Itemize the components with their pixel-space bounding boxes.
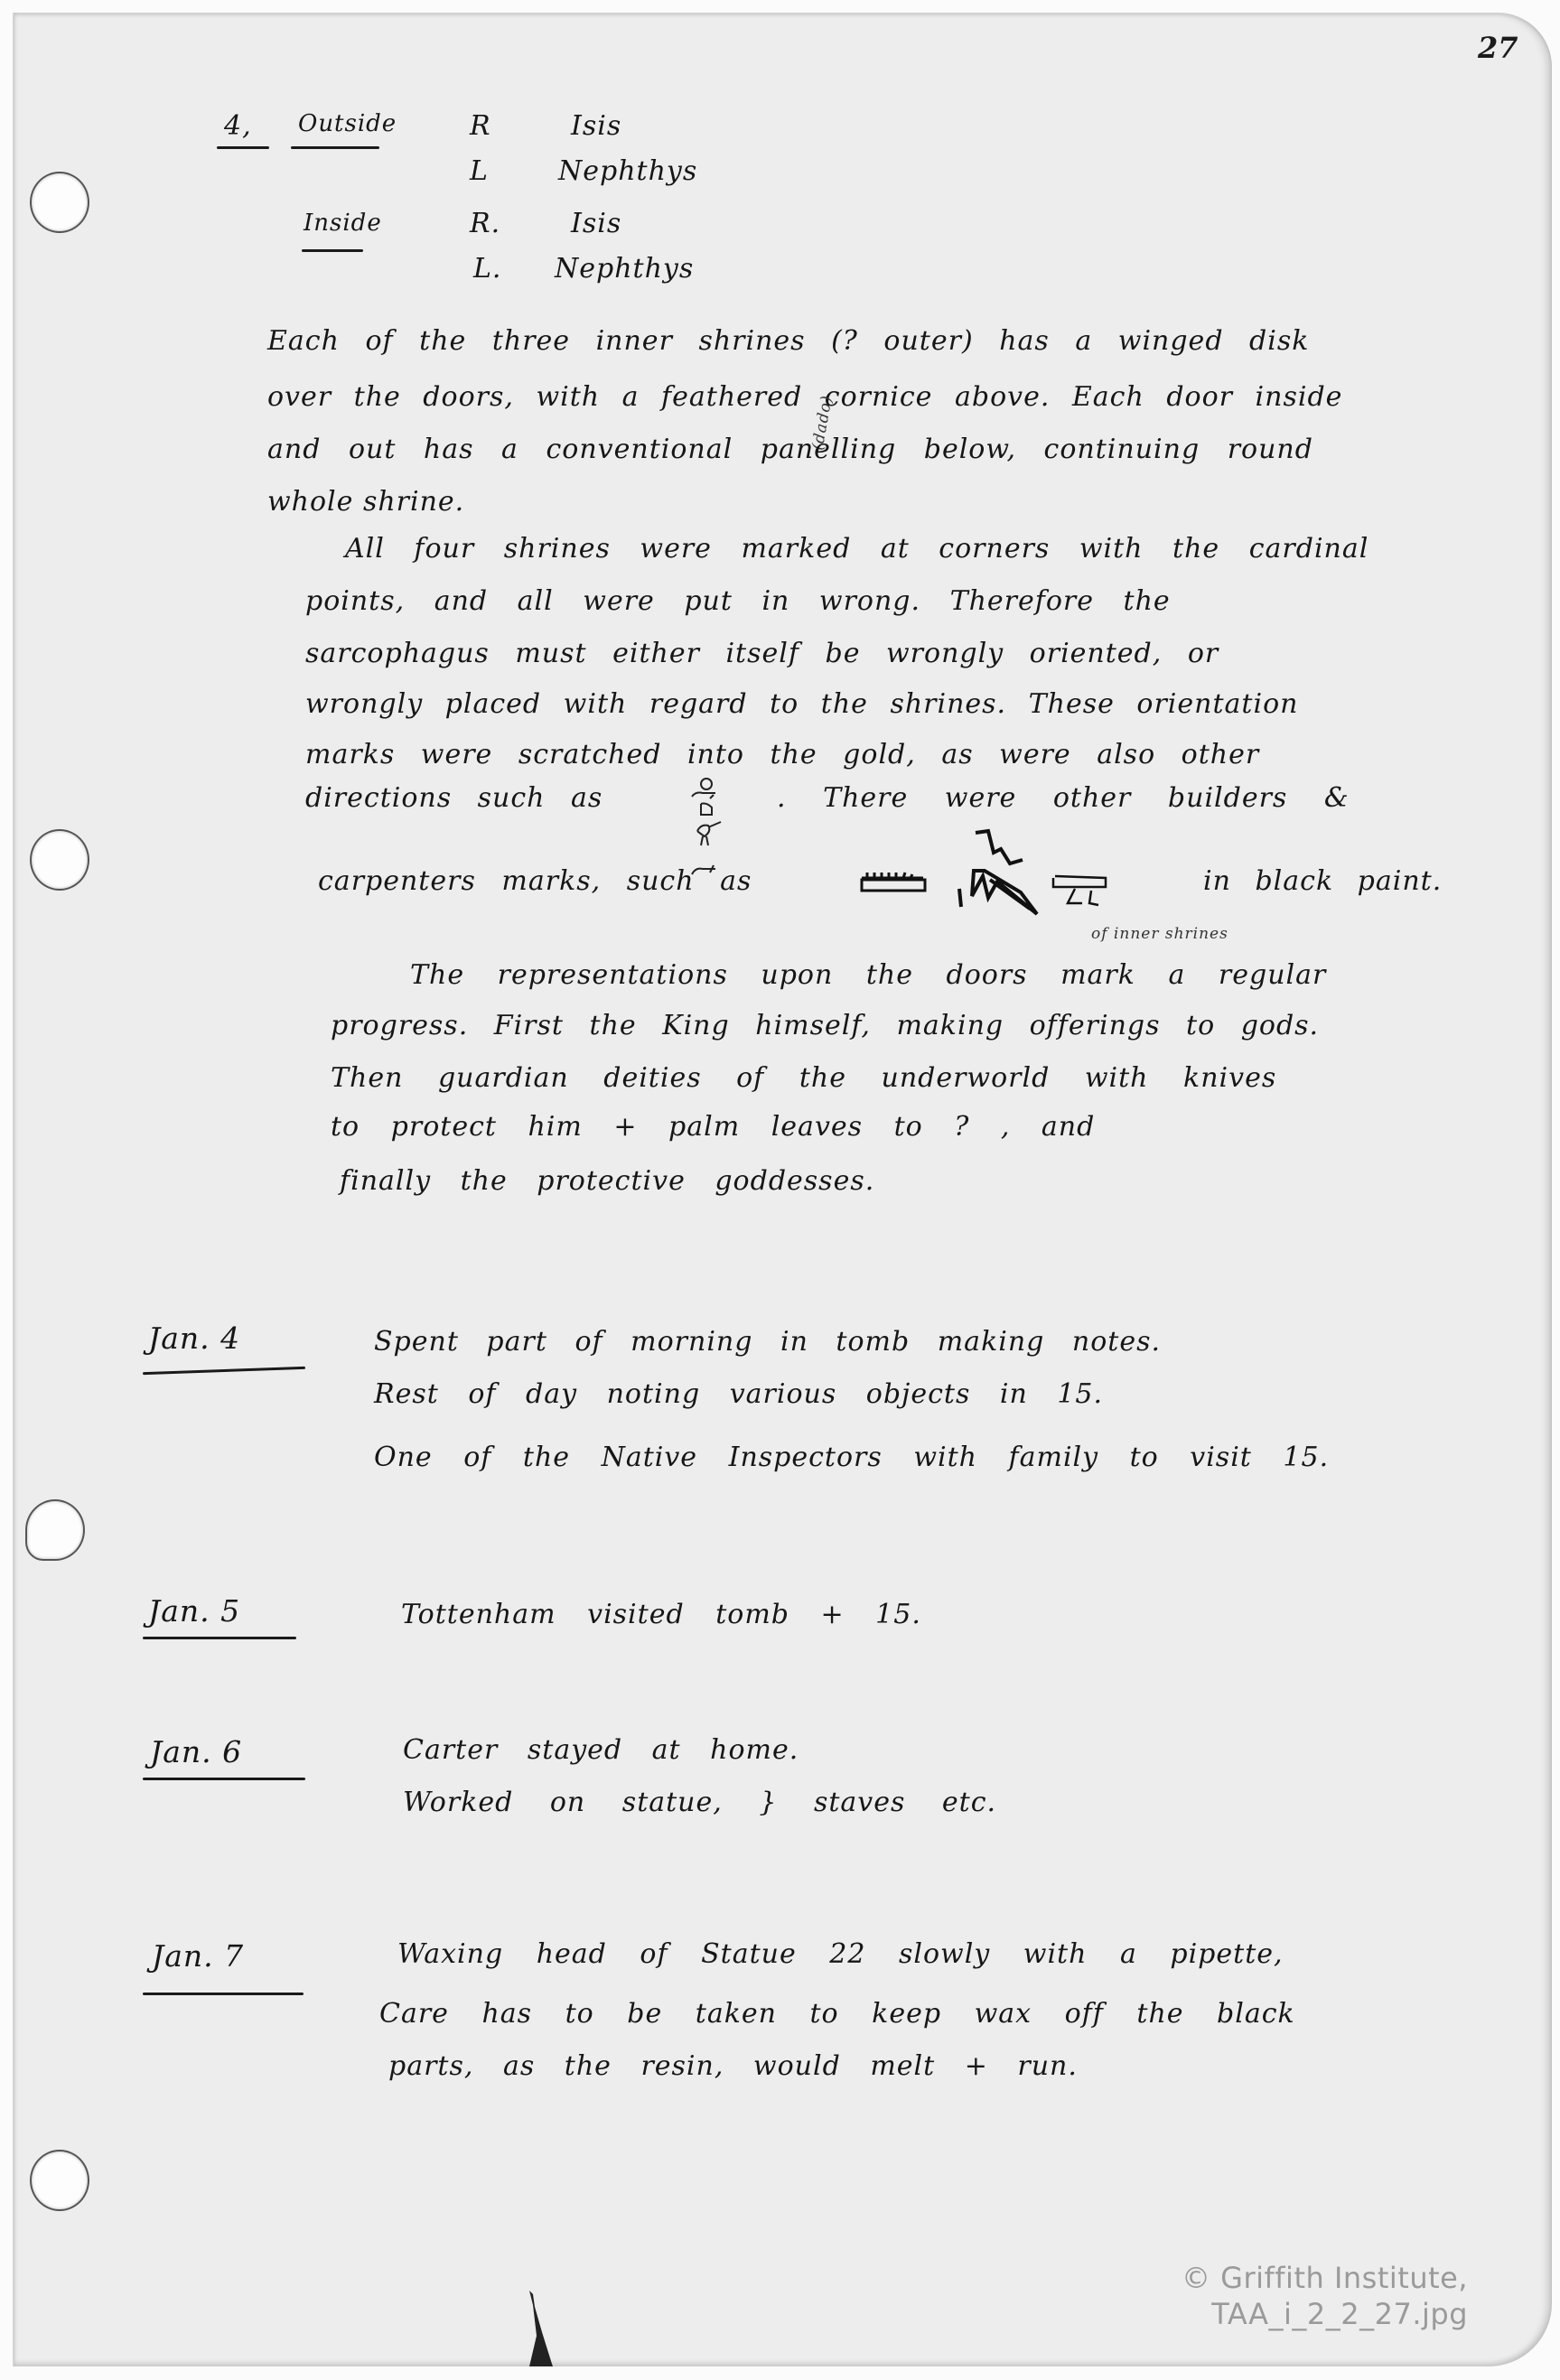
paragraph-2-line: points, and all were put in wrong. There…	[305, 585, 1171, 617]
paragraph-3-line: to protect him + palm leaves to ? , and	[331, 1111, 1095, 1143]
entry-line: Carter stayed at home.	[403, 1734, 799, 1766]
outside-left-side: L	[470, 155, 489, 187]
copyright-watermark: © Griffith Institute, TAA_i_2_2_27.jpg	[1182, 2260, 1468, 2332]
paragraph-2-line: wrongly placed with regard to the shrine…	[305, 688, 1298, 720]
inside-left-side: L.	[473, 253, 501, 285]
outside-underline	[217, 146, 269, 149]
entry-date: Jan. 6	[150, 1734, 242, 1769]
punch-hole	[30, 2150, 89, 2211]
watermark-line-2: TAA_i_2_2_27.jpg	[1182, 2296, 1468, 2332]
entry-line: Tottenham visited tomb + 15.	[401, 1599, 921, 1630]
paragraph-2-line: marks were scratched into the gold, as w…	[305, 739, 1259, 770]
entry-line: parts, as the resin, would melt + run.	[388, 2050, 1078, 2082]
paragraph-2-note: of inner shrines	[1091, 925, 1228, 943]
entry-line: Care has to be taken to keep wax off the…	[379, 1998, 1295, 2030]
paragraph-1-line: Each of the three inner shrines (? outer…	[267, 325, 1309, 357]
paragraph-2-line: directions such as	[305, 782, 603, 814]
paragraph-2-line: All four shrines were marked at corners …	[345, 533, 1369, 565]
inside-underline	[302, 249, 363, 252]
entry-line: Waxing head of Statue 22 slowly with a p…	[397, 1938, 1284, 1970]
watermark-line-1: © Griffith Institute,	[1182, 2260, 1468, 2296]
paragraph-2-line: . There were other builders &	[777, 782, 1350, 814]
entry-line: Spent part of morning in tomb making not…	[374, 1326, 1161, 1358]
punch-hole	[25, 1499, 85, 1561]
carpenter-mark-bar-glyph-icon	[858, 865, 930, 901]
paragraph-3-line: Then guardian deities of the underworld …	[331, 1062, 1276, 1094]
inside-left-deity: Nephthys	[555, 253, 694, 285]
paragraph-1-line: whole shrine.	[267, 486, 464, 518]
inside-label: Inside	[304, 210, 382, 237]
paragraph-3-line: finally the protective goddesses.	[340, 1165, 874, 1197]
inside-right-side: R.	[470, 208, 500, 239]
paragraph-1-line: over the doors, with a feathered cornice…	[267, 381, 1342, 413]
entry-date: Jan. 4	[148, 1321, 240, 1356]
punch-hole	[30, 172, 89, 233]
entry-date: Jan. 5	[148, 1593, 240, 1629]
entry-line: Worked on statue, } staves etc.	[403, 1787, 996, 1818]
paragraph-1-line: and out has a conventional panelling bel…	[267, 434, 1313, 465]
outside-right-side: R	[470, 110, 491, 142]
page-number: 27	[1478, 31, 1518, 65]
carpenter-mark-table-glyph-icon	[1048, 874, 1138, 925]
outside-left-deity: Nephthys	[558, 155, 697, 187]
paragraph-3-line: The representations upon the doors mark …	[410, 959, 1326, 991]
ink-mark-icon	[524, 2289, 560, 2366]
inside-right-deity: Isis	[571, 208, 621, 239]
paragraph-2-line: sarcophagus must either itself be wrongl…	[305, 638, 1219, 669]
paragraph-2-line: carpenters marks, such as	[318, 865, 752, 897]
outside-underline	[291, 146, 379, 149]
date-underline	[143, 1993, 304, 1995]
punch-hole	[30, 829, 89, 891]
entry-line: Rest of day noting various objects in 15…	[374, 1378, 1103, 1410]
entry-date: Jan. 7	[152, 1938, 244, 1974]
date-underline	[143, 1637, 296, 1639]
entry-line: One of the Native Inspectors with family…	[374, 1442, 1329, 1473]
item-number: 4,	[224, 110, 252, 142]
outside-right-deity: Isis	[571, 110, 621, 142]
paragraph-3-line: progress. First the King himself, making…	[331, 1010, 1319, 1041]
carpenter-mark-bird-glyph-icon	[957, 826, 1057, 916]
date-underline	[143, 1778, 305, 1780]
outside-label: Outside	[298, 110, 397, 137]
paragraph-2-line: in black paint.	[1203, 865, 1442, 897]
